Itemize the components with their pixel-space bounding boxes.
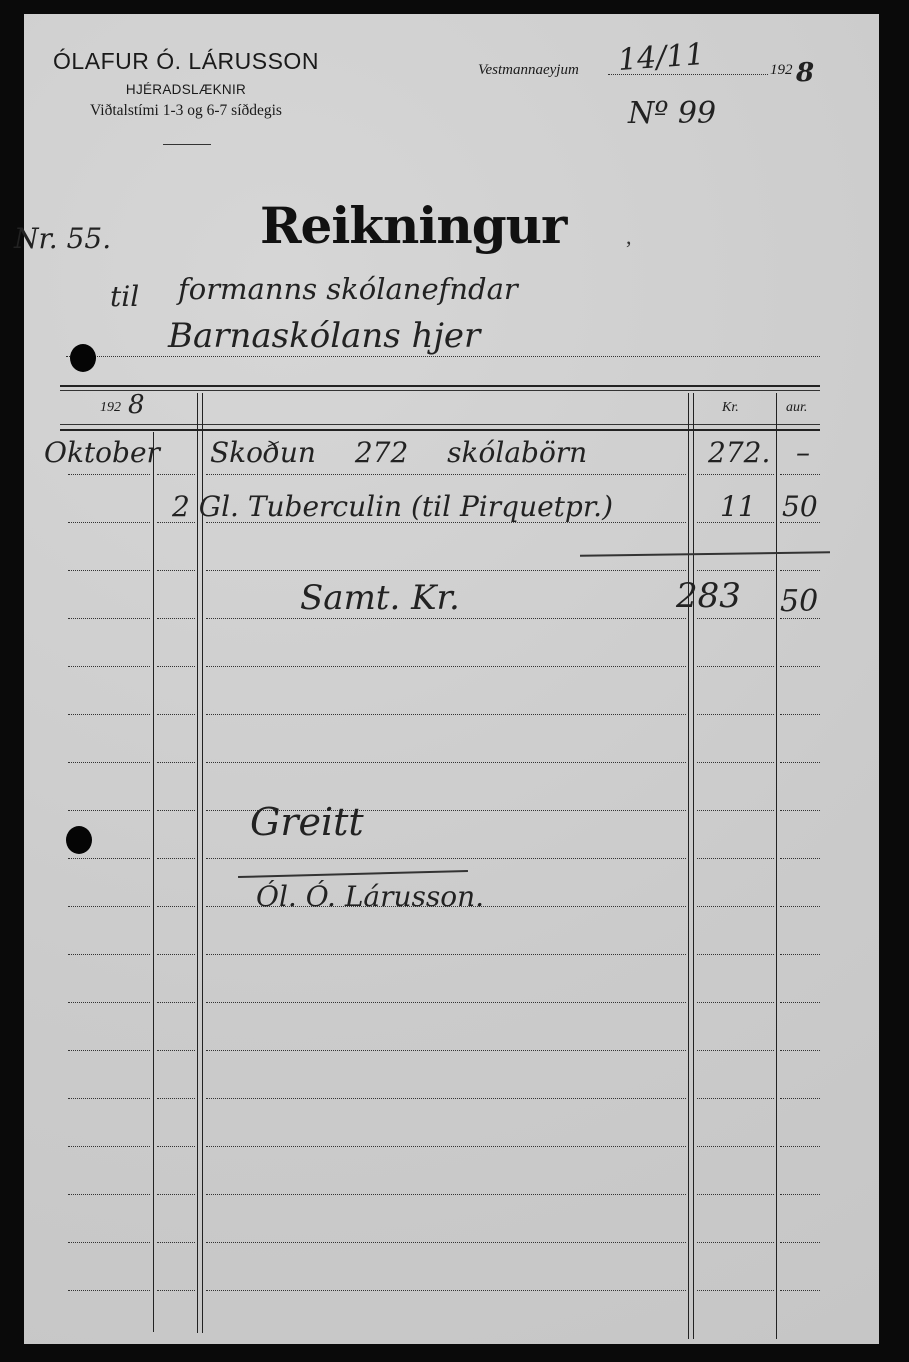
header-bottom-rule-thin [60,424,820,425]
punch-hole-top [70,344,96,372]
ledger-dotted-line [68,1146,150,1147]
ledger-dotted-line [206,666,686,667]
ledger-dotted-line [780,666,820,667]
row-1-description: Skoðun 272 skólabörn [210,436,587,469]
ledger-dotted-line [68,954,150,955]
document-title: Reikningur [260,196,566,255]
ledger-dotted-line [68,666,150,667]
aur-column-header: aur. [786,400,807,416]
ledger-dotted-line [780,858,820,859]
ledger-dotted-line [157,858,195,859]
ledger-dotted-line [697,762,774,763]
ledger-dotted-line [780,762,820,763]
letterhead-divider [163,144,211,145]
ledger-dotted-line [157,954,195,955]
invoice-reference: Nr. 55. [14,222,111,255]
row-2-description: 2 Gl. Tuberculin (til Pirquetpr.) [172,490,613,523]
total-aur: 50 [780,584,818,619]
recipient-dotted-line [66,356,820,357]
ledger-dotted-line [157,1002,195,1003]
total-label: Samt. Kr. [300,578,460,618]
ledger-dotted-line [157,906,195,907]
ledger-dotted-line [68,1194,150,1195]
ledger-dotted-line [697,1098,774,1099]
ledger-dotted-line [697,1194,774,1195]
ledger-dotted-line [157,810,195,811]
ledger-dotted-line [206,1002,686,1003]
ledger-dotted-line [780,1242,820,1243]
ledger-dotted-line [157,714,195,715]
ledger-dotted-line [206,1050,686,1051]
total-kr: 283 [676,576,741,616]
ledger-dotted-line [206,618,686,619]
ledger-dotted-line [780,1194,820,1195]
ledger-dotted-line [68,522,150,523]
ledger-dotted-line [68,762,150,763]
ledger-dotted-line [780,954,820,955]
ledger-dotted-line [68,1098,150,1099]
row-2-kr: 11 [720,490,756,523]
paid-note: Greitt [250,800,364,844]
ledger-dotted-line [68,906,150,907]
ledger-dotted-line [157,618,195,619]
ledger-dotted-line [206,1098,686,1099]
ledger-dotted-line [68,570,150,571]
ledger-dotted-line [697,570,774,571]
table-year-prefix: 192 [100,400,121,416]
ledger-dotted-line [206,762,686,763]
ledger-dotted-line [697,954,774,955]
signature: Ól. Ó. Lárusson. [256,880,484,913]
ledger-dotted-line [697,1146,774,1147]
ledger-dotted-line [206,714,686,715]
recipient-prefix: til [110,280,139,313]
column-line-day [153,432,154,1332]
ledger-dotted-line [780,1146,820,1147]
ledger-dotted-line [68,810,150,811]
ledger-dotted-line [206,1194,686,1195]
ledger-dotted-line [780,714,820,715]
ledger-dotted-line [68,858,150,859]
ledger-dotted-line [780,1002,820,1003]
ledger-dotted-line [697,1242,774,1243]
row-2-aur: 50 [782,490,818,523]
ledger-dotted-line [697,474,774,475]
column-line-aur [776,393,777,1339]
ledger-dotted-line [157,474,195,475]
ledger-dotted-line [68,474,150,475]
ledger-dotted-line [68,714,150,715]
document-number: Nº 99 [628,96,716,131]
ledger-dotted-line [157,666,195,667]
kr-column-header: Kr. [722,400,739,416]
table-top-rule-thin [60,390,820,391]
ledger-dotted-line [206,1146,686,1147]
title-mark: , [626,224,632,250]
ledger-dotted-line [697,714,774,715]
ledger-dotted-line [697,666,774,667]
ledger-dotted-line [157,570,195,571]
column-line-desc-2 [202,393,203,1333]
ledger-dotted-line [157,1242,195,1243]
ledger-dotted-line [780,570,820,571]
ledger-dotted-line [697,906,774,907]
dateline-year-prefix: 192 [770,62,793,79]
column-line-desc-1 [197,393,198,1333]
ledger-dotted-line [157,762,195,763]
ledger-dotted-line [206,570,686,571]
recipient-line-1: formanns skólanefndar [178,272,518,306]
table-top-rule [60,385,820,387]
ledger-dotted-line [780,1098,820,1099]
ledger-dotted-line [780,1290,820,1291]
ledger-dotted-line [206,954,686,955]
ledger-dotted-line [780,810,820,811]
ledger-dotted-line [68,1290,150,1291]
ledger-dotted-line [206,1242,686,1243]
punch-hole-bottom [66,826,92,854]
row-1-kr: 272. [708,436,770,469]
ledger-dotted-line [780,1050,820,1051]
ledger-dotted-line [157,1290,195,1291]
dateline-place: Vestmannaeyjum [478,62,579,79]
ledger-dotted-line [697,858,774,859]
ledger-dotted-line [157,1194,195,1195]
letterhead-office-hours: Viðtalstími 1-3 og 6-7 síðdegis [36,102,336,120]
handwritten-year: 8 [796,58,814,88]
ledger-dotted-line [157,1146,195,1147]
table-year-handwritten: 8 [128,390,145,420]
handwritten-date: 14/11 [617,37,706,78]
ledger-dotted-line [68,618,150,619]
letterhead-name: ÓLAFUR Ó. LÁRUSSON [36,48,336,75]
ledger-dotted-line [697,618,774,619]
ledger-dotted-line [68,1002,150,1003]
ledger-dotted-line [206,474,686,475]
ledger-dotted-line [697,1050,774,1051]
ledger-dotted-line [780,906,820,907]
column-line-kr-2 [693,393,694,1339]
ledger-dotted-line [206,1290,686,1291]
recipient-line-2: Barnaskólans hjer [168,316,480,356]
ledger-dotted-line [780,474,820,475]
ledger-dotted-line [697,810,774,811]
ledger-dotted-line [206,858,686,859]
ledger-dotted-line [697,1290,774,1291]
ledger-dotted-line [157,1098,195,1099]
ledger-dotted-line [68,1242,150,1243]
ledger-dotted-line [157,1050,195,1051]
row-1-month: Oktober [44,436,160,469]
letterhead-title: HJÉRADSLÆKNIR [36,82,336,97]
ledger-dotted-line [68,1050,150,1051]
row-1-aur: – [796,436,810,469]
ledger-dotted-line [697,1002,774,1003]
header-bottom-rule [60,429,820,431]
column-line-kr-1 [688,393,689,1339]
